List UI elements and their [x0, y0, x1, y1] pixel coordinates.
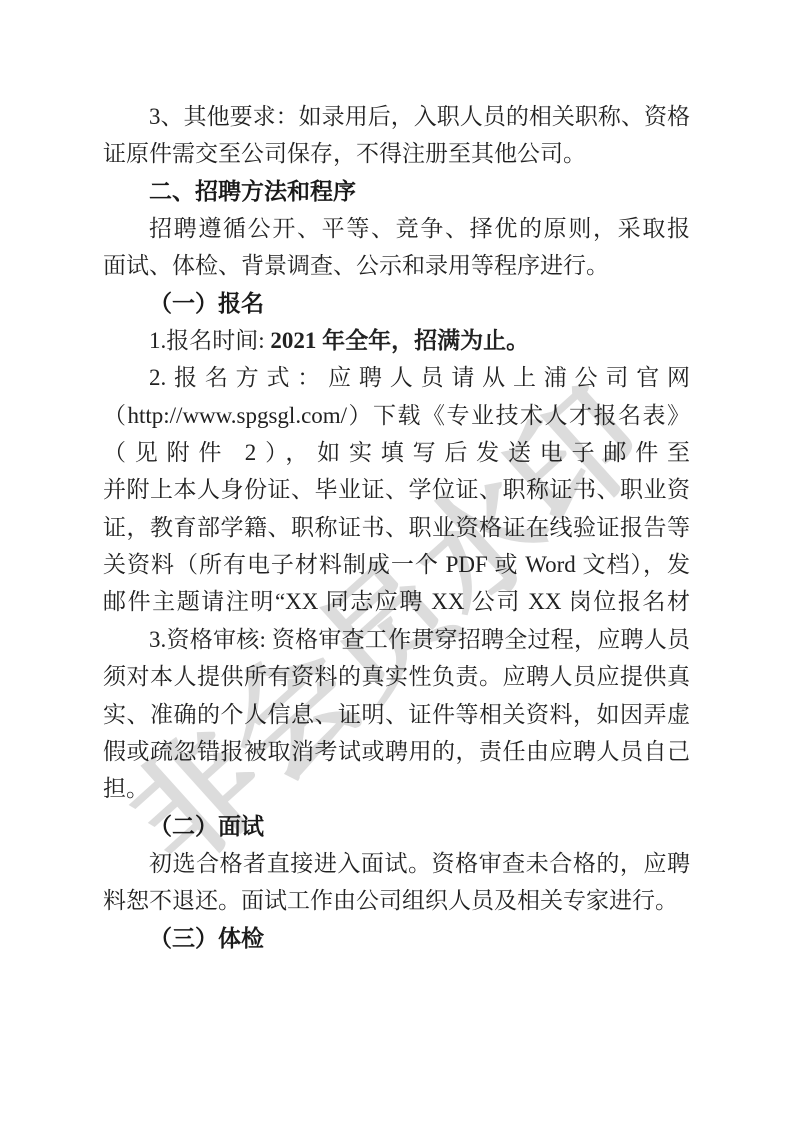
paragraph-registration-method-line-2: （http://www.spgsgl.com/）下载《专业技术人才报名表》 [103, 397, 690, 434]
paragraph-qualification-review-line-5: 担。 [103, 770, 690, 807]
paragraph-qualification-review-line-3: 实、准确的个人信息、证明、证件等相关资料，如因弄虚作 [103, 696, 690, 733]
paragraph-registration-method-line-3: （见附件 2），如实填写后发送电子邮件至 srsspgs@126.com, [103, 434, 690, 471]
paragraph-registration-method-line-6: 关资料（所有电子材料制成一个 PDF 或 Word 文档），发送 [103, 546, 690, 583]
paragraph-registration-method-line-5: 证，教育部学籍、职称证书、职业资格证在线验证报告等相 [103, 509, 690, 546]
heading-registration: （一）报名 [103, 285, 690, 322]
paragraph-interview-line-1: 初选合格者直接进入面试。资格审查未合格的，应聘资 [103, 845, 690, 882]
paragraph-interview-line-2: 料恕不退还。面试工作由公司组织人员及相关专家进行。 [103, 882, 690, 919]
paragraph-registration-time: 1.报名时间: 2021 年全年，招满为止。 [103, 322, 690, 359]
paragraph-qualification-review-line-1: 3.资格审核: 资格审查工作贯穿招聘全过程，应聘人员 [103, 621, 690, 658]
document-page: 非会员水印 3、其他要求：如录用后，入职人员的相关职称、资格 证原件需交至公司保… [0, 0, 793, 1122]
paragraph-qualification-review-line-4: 假或疏忽错报被取消考试或聘用的，责任由应聘人员自己承 [103, 733, 690, 770]
paragraph-principles-line-2: 面试、体检、背景调查、公示和录用等程序进行。 [103, 247, 690, 284]
registration-time-label: 1.报名时间: [149, 328, 270, 353]
paragraph-qualification-review-line-2: 须对本人提供所有资料的真实性负责。应聘人员应提供真 [103, 658, 690, 695]
heading-interview: （二）面试 [103, 808, 690, 845]
paragraph-other-requirements-line-1: 3、其他要求：如录用后，入职人员的相关职称、资格 [103, 98, 690, 135]
document-body: 3、其他要求：如录用后，入职人员的相关职称、资格 证原件需交至公司保存，不得注册… [103, 98, 690, 957]
heading-recruitment-methods: 二、招聘方法和程序 [103, 173, 690, 210]
paragraph-registration-method-line-7: 邮件主题请注明“XX 同志应聘 XX 公司 XX 岗位报名材料”。 [103, 583, 690, 620]
paragraph-registration-method-line-1: 2.报名方式：应聘人员请从上浦公司官网 [103, 359, 690, 396]
paragraph-principles-line-1: 招聘遵循公开、平等、竞争、择优的原则，采取报名、 [103, 210, 690, 247]
paragraph-registration-method-line-4: 并附上本人身份证、毕业证、学位证、职称证书、职业资格 [103, 471, 690, 508]
heading-physical-exam: （三）体检 [103, 920, 690, 957]
registration-time-value: 2021 年全年，招满为止。 [270, 328, 529, 353]
paragraph-other-requirements-line-2: 证原件需交至公司保存，不得注册至其他公司。 [103, 135, 690, 172]
